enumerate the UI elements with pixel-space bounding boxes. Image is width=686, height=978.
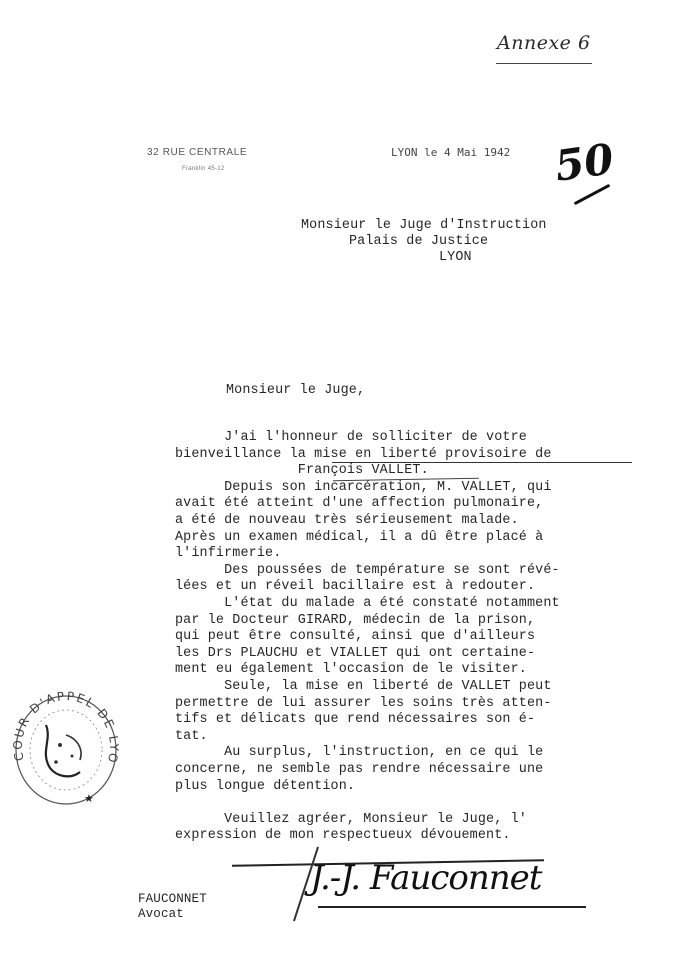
author-title: Avocat <box>138 907 184 921</box>
annex-label: Annexe 6 <box>497 32 591 54</box>
svg-text:★: ★ <box>84 792 94 805</box>
body-line: Seule, la mise en liberté de VALLET peut <box>175 679 552 694</box>
body-line: plus longue détention. <box>175 779 355 794</box>
recipient-line-2: Palais de Justice <box>349 234 488 249</box>
signature: J.-J. Fauconnet <box>310 858 541 898</box>
body-line: ment eu également l'occasion de le visit… <box>175 662 527 677</box>
body-line: permettre de lui assurer les soins très … <box>175 696 552 711</box>
body-line: qui peut être consulté, ainsi que d'aill… <box>175 629 535 644</box>
body-line: l'infirmerie. <box>175 546 281 561</box>
body-line: Au surplus, l'instruction, en ce qui le <box>175 745 543 760</box>
body-line: concerne, ne semble pas rendre nécessair… <box>175 762 543 777</box>
svg-text:COUR D'APPEL DE LYON: COUR D'APPEL DE LYON <box>10 690 121 766</box>
body-line: tifs et délicats que rend nécessaires so… <box>175 712 535 727</box>
letter-page: Annexe 6 32 RUE CENTRALE Franklin 45-12 … <box>0 0 686 978</box>
salutation: Monsieur le Juge, <box>226 383 365 398</box>
handwritten-page-number: 50 <box>552 134 617 191</box>
body-line: expression de mon respectueux dévouement… <box>175 828 511 843</box>
dateline: LYON le 4 Mai 1942 <box>391 146 510 159</box>
author-name: FAUCONNET <box>138 892 207 906</box>
body-line: Des poussées de température se sont révé… <box>175 563 560 578</box>
annex-underline <box>496 63 592 64</box>
body-line: J'ai l'honneur de solliciter de votre <box>175 430 527 445</box>
body-line: par le Docteur GIRARD, médecin de la pri… <box>175 613 535 628</box>
recipient-line-3: LYON <box>439 250 472 265</box>
handwritten-underline-mise-en-liberte <box>332 462 632 463</box>
body-line: a été de nouveau très sérieusement malad… <box>175 513 519 528</box>
recipient-line-1: Monsieur le Juge d'Instruction <box>301 218 547 233</box>
seal-text: COUR D'APPEL DE LYON <box>10 690 121 766</box>
court-seal-stamp-icon: COUR D'APPEL DE LYON ★ <box>10 690 122 808</box>
letterhead-phone: Franklin 45-12 <box>182 166 225 172</box>
body-line: Après un examen médical, il a dû être pl… <box>175 530 543 545</box>
body-line: Depuis son incarcération, M. VALLET, qui <box>175 480 552 495</box>
signature-rule-bottom <box>318 906 586 908</box>
letterhead-address: 32 RUE CENTRALE <box>147 147 247 158</box>
body-line: lées et un réveil bacillaire est à redou… <box>175 579 535 594</box>
body-line: L'état du malade a été constaté notammen… <box>175 596 560 611</box>
body-line: François VALLET. <box>175 463 429 478</box>
body-line: avait été atteint d'une affection pulmon… <box>175 496 543 511</box>
body-line: bienveillance la mise en liberté proviso… <box>175 447 552 462</box>
body-line: tat. <box>175 729 208 744</box>
body-line: Veuillez agréer, Monsieur le Juge, l' <box>175 812 527 827</box>
body-line: les Drs PLAUCHU et VIALLET qui ont certa… <box>175 646 535 661</box>
